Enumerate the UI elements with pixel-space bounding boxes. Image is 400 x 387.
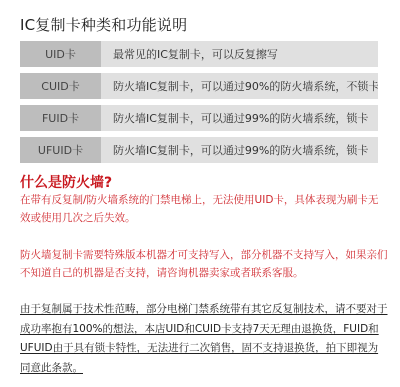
card-type-label: UFUID卡 <box>20 137 101 163</box>
table-row: UFUID卡 防火墙IC复制卡，可以通过99%的防火墙系统，锁卡 <box>20 137 378 163</box>
card-type-table: UID卡 最常见的IC复制卡，可以反复擦写 CUID卡 防火墙IC复制卡，可以通… <box>20 41 378 169</box>
table-row: UID卡 最常见的IC复制卡，可以反复擦写 <box>20 41 378 67</box>
card-type-description: 最常见的IC复制卡，可以反复擦写 <box>101 41 378 67</box>
firewall-note: 防火墙复制卡需要特殊版本机器才可支持写入，部分机器不支持写入，如果亲们不知道自己… <box>20 246 388 282</box>
card-type-label: CUID卡 <box>20 73 101 99</box>
return-policy: 由于复制属于技术性范畴，部分电梯门禁系统带有其它反复制技术，请不要对于成功率抱有… <box>20 300 388 378</box>
table-row: FUID卡 防火墙IC复制卡，可以通过99%的防火墙系统，锁卡 <box>20 105 378 131</box>
card-type-description: 防火墙IC复制卡，可以通过90%的防火墙系统，不锁卡 <box>101 73 378 99</box>
card-type-description: 防火墙IC复制卡，可以通过99%的防火墙系统，锁卡 <box>101 137 378 163</box>
firewall-heading: 什么是防火墙? <box>20 172 112 192</box>
card-type-description: 防火墙IC复制卡，可以通过99%的防火墙系统，锁卡 <box>101 105 378 131</box>
table-row: CUID卡 防火墙IC复制卡，可以通过90%的防火墙系统，不锁卡 <box>20 73 378 99</box>
firewall-explanation: 在带有反复制/防火墙系统的门禁电梯上，无法使用UID卡，具体表现为刷卡无效或使用… <box>20 191 388 227</box>
card-type-label: UID卡 <box>20 41 101 67</box>
card-type-label: FUID卡 <box>20 105 101 131</box>
page-title: IC复制卡种类和功能说明 <box>20 14 187 35</box>
